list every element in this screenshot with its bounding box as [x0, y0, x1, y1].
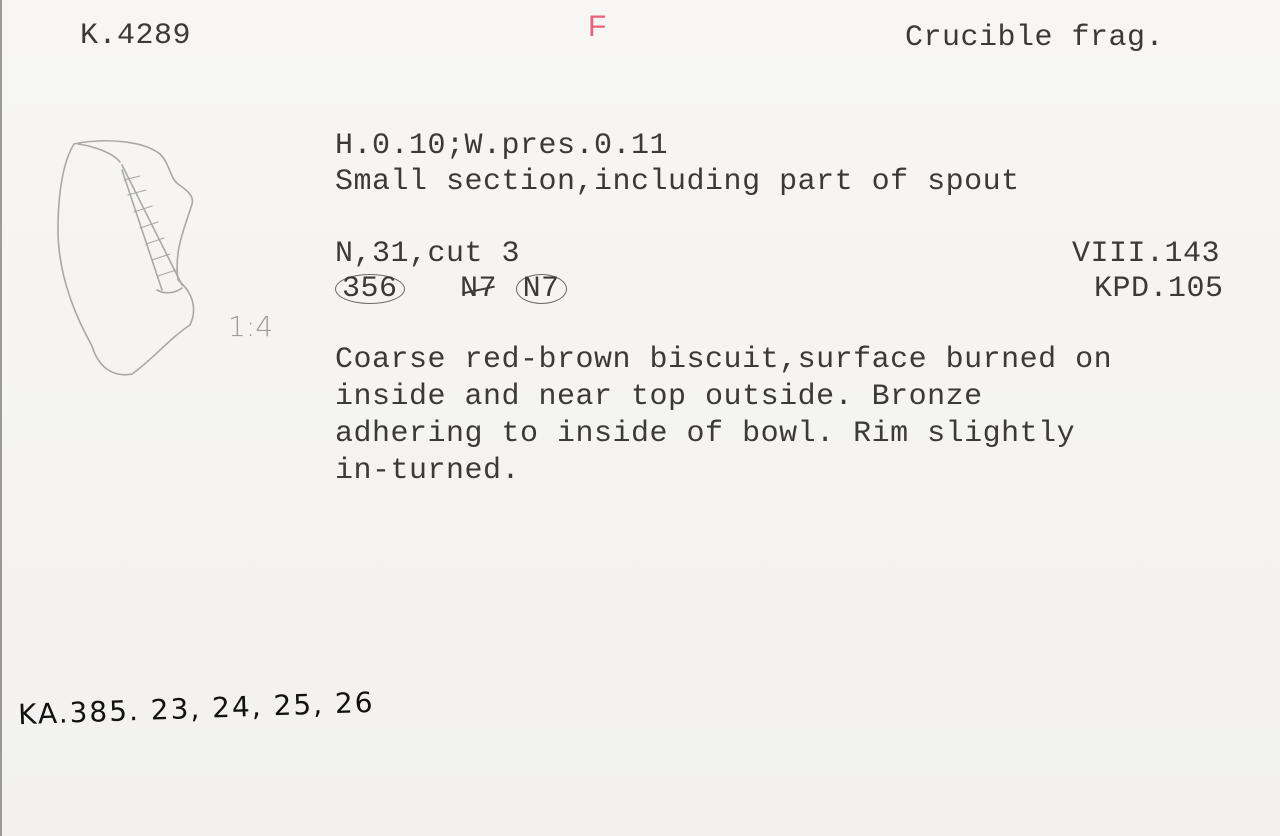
circled-code-1: 356 — [335, 274, 405, 304]
handwritten-catalog-number: KA.385. 23, 24, 25, 26 — [18, 686, 376, 731]
dimensions: H.0.10;W.pres.0.11 — [335, 128, 668, 164]
object-title: Crucible frag. — [905, 20, 1164, 56]
reference-2: KPD.105 — [1094, 271, 1224, 307]
description-line: in-turned. — [335, 453, 1112, 490]
crucible-fragment-drawing-icon — [42, 120, 302, 400]
struck-code: N7 — [460, 271, 497, 307]
index-card: K.4289 F Crucible frag. 1:4 H.0.10;W.pre… — [0, 0, 1280, 836]
section-note: Small section,including part of spout — [335, 164, 1020, 200]
category-mark: F — [588, 10, 606, 44]
findspot-codes: 356 N7 N7 — [335, 271, 567, 307]
findspot-line: N,31,cut 3 — [335, 236, 520, 272]
drawing-scale: 1:4 — [228, 310, 273, 343]
inventory-id: K.4289 — [80, 18, 191, 54]
description: Coarse red-brown biscuit,surface burned … — [335, 342, 1112, 490]
description-line: Coarse red-brown biscuit,surface burned … — [335, 342, 1112, 379]
circled-code-2: N7 — [516, 274, 567, 304]
description-line: inside and near top outside. Bronze — [335, 379, 1112, 416]
description-line: adhering to inside of bowl. Rim slightly — [335, 416, 1112, 453]
reference-1: VIII.143 — [1072, 236, 1220, 272]
